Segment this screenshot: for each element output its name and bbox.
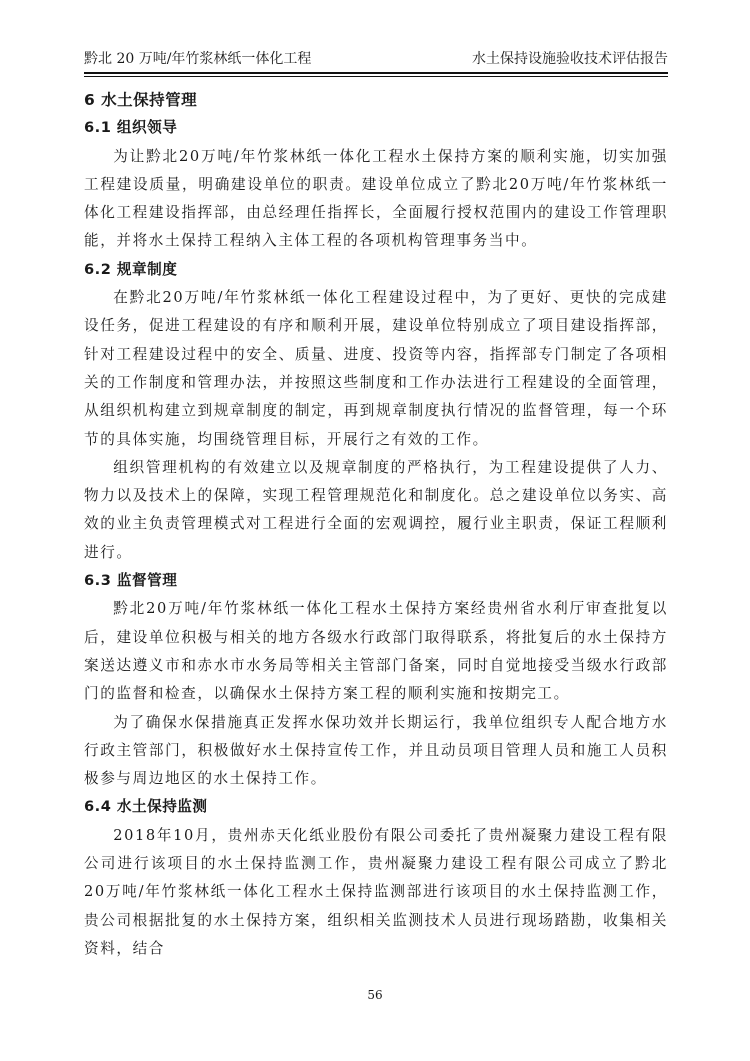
paragraph: 为了确保水保措施真正发挥水保功效并长期运行，我单位组织专人配合地方水行政主管部门… [84,709,668,794]
paragraph: 2018年10月，贵州赤天化纸业股份有限公司委托了贵州凝聚力建设工程有限公司进行… [84,822,668,963]
header-rule-thin [84,76,668,77]
chapter-title: 6 水土保持管理 [84,86,668,114]
running-header: 黔北 20 万吨/年竹浆林纸一体化工程 水土保持设施验收技术评估报告 [84,47,668,71]
section-title-6-3: 6.3 监督管理 [84,567,668,595]
document-page: 黔北 20 万吨/年竹浆林纸一体化工程 水土保持设施验收技术评估报告 6 水土保… [0,0,750,1061]
paragraph: 黔北20万吨/年竹浆林纸一体化工程水土保持方案经贵州省水利厅审查批复以后，建设单… [84,595,668,708]
paragraph: 组织管理机构的有效建立以及规章制度的严格执行，为工程建设提供了人力、物力以及技术… [84,454,668,567]
header-project-title: 黔北 20 万吨/年竹浆林纸一体化工程 [84,49,311,69]
paragraph: 为让黔北20万吨/年竹浆林纸一体化工程水土保持方案的顺利实施，切实加强工程建设质… [84,143,668,256]
page-number: 56 [0,988,750,1002]
header-report-title: 水土保持设施验收技术评估报告 [472,49,668,69]
page-body: 6 水土保持管理 6.1 组织领导 为让黔北20万吨/年竹浆林纸一体化工程水土保… [84,86,668,963]
header-rule-thick [84,72,668,74]
section-title-6-2: 6.2 规章制度 [84,256,668,284]
section-title-6-1: 6.1 组织领导 [84,114,668,142]
section-title-6-4: 6.4 水土保持监测 [84,793,668,821]
paragraph: 在黔北20万吨/年竹浆林纸一体化工程建设过程中，为了更好、更快的完成建设任务，促… [84,284,668,454]
